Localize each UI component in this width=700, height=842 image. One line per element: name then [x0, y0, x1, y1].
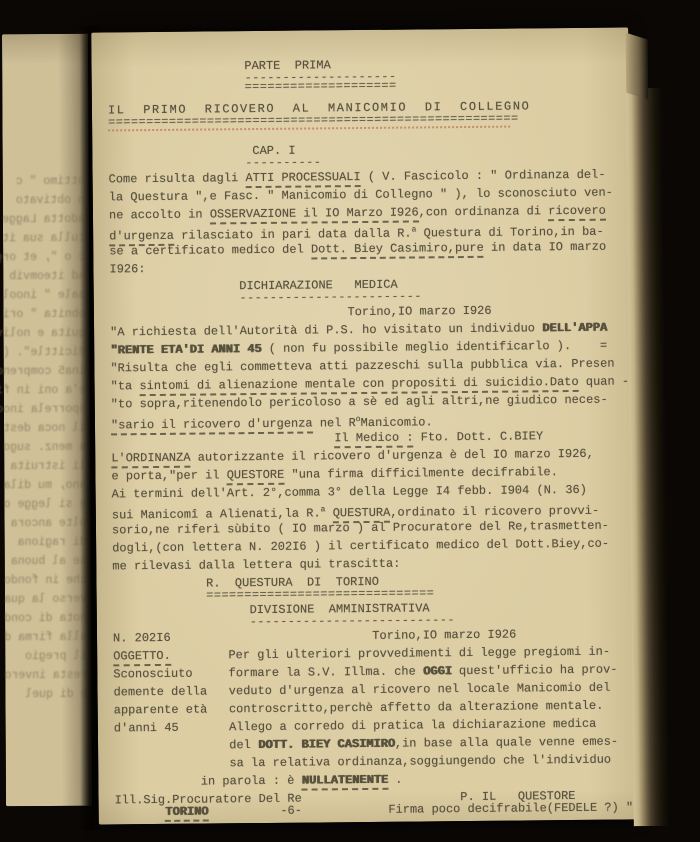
text-segment: ( non fu possibile meglio identificarlo … [261, 339, 607, 356]
text-segment: quest'ufficio ha prov- [452, 663, 618, 679]
verso-text-fragment: e di quel [5, 685, 87, 704]
verso-text-fragment: a menz. sugo [4, 438, 86, 457]
verso-text-fragment: ad iteomvib [3, 267, 85, 286]
verso-text-fragment: obnita " ori [3, 305, 85, 324]
verso-text-fragment: ottimo " c [3, 172, 85, 191]
text-segment: ---------- [245, 155, 321, 170]
verso-text-fragment: dicittle". ( X [4, 343, 86, 362]
text-segment: ------------------------ [239, 289, 422, 305]
text-segment: dogli,(con lettera N. 202I6 ) il certifi… [112, 537, 609, 556]
page-fore-edge [626, 88, 670, 826]
left-page-verso: ottimo " cn obtivatoadotta Laggetulla su… [2, 34, 92, 806]
text-segment [302, 803, 389, 818]
verso-text-fragment: alla firma d [5, 628, 87, 647]
verso-text-fragment: c o ", et orge [3, 248, 85, 267]
text-segment: . [388, 773, 403, 787]
text-segment: L'ORDINANZA [111, 451, 190, 469]
verso-text-fragment: oporrela inoo [4, 400, 86, 419]
text-segment: ricovero [548, 204, 606, 222]
dateline: Torino,IO marzo I926 [347, 304, 491, 319]
verso-text-fragment: tulla sua it [3, 229, 85, 248]
book-scan-scene: ottimo " cn obtivatoadotta Laggetulla su… [0, 0, 700, 842]
text-segment: ( V. Fascicolo : " Ordinanza del- [361, 168, 606, 184]
verso-text-fragment: di ragiona [5, 533, 87, 552]
text-segment [171, 629, 373, 645]
text-segment: e porta,"per il [111, 468, 226, 483]
page-number: -6- [280, 804, 302, 818]
verso-text-fragment: n obtivato [3, 191, 85, 210]
verso-text-fragment: verso la qua [5, 590, 87, 609]
text-segment: in parola : è [201, 774, 302, 789]
verso-text-fragment: resta invero [5, 666, 87, 685]
text-segment: DELL'APPA [542, 321, 607, 336]
dateline: Torino,IO marzo I926 [372, 628, 516, 643]
text-segment [325, 506, 332, 520]
text-segment: Sconosciuto formare la S.V. Illma. che [113, 664, 423, 681]
verso-text-fragment: e'a oni in fio [4, 381, 86, 400]
verso-text-fragment: che in fondo [5, 571, 87, 590]
document-line: TORINO -6- Firma poco decifrabile(FEDELE… [115, 798, 632, 821]
verso-text-fragment: aale " inool [3, 286, 85, 305]
text-segment: sa la relativa ordinanza,soggiungendo ch… [229, 753, 611, 771]
text-segment: I926: [109, 262, 145, 276]
verso-text-fragment: olte ancora [4, 514, 86, 533]
text-segment: OGGI [423, 664, 452, 678]
verso-showthrough-text: ottimo " cn obtivatoadotta Laggetulla su… [3, 172, 88, 704]
text-segment: TORINO [165, 805, 208, 822]
text-segment: "A richiesta dell'Autorità di P.S. ho vi… [110, 321, 542, 339]
text-segment: in data IO marzo [484, 240, 607, 255]
verso-text-fragment: li istruita [4, 457, 86, 476]
text-segment: "RENTE ETA'DI ANNI 45 [110, 342, 261, 357]
text-segment: "ta [111, 379, 140, 393]
verso-text-fragment: se al buona [5, 552, 87, 571]
verso-text-fragment: e si legge o [4, 495, 86, 514]
text-segment: ============================== [206, 586, 434, 602]
verso-text-fragment: ina5 comprende [4, 362, 86, 381]
text-segment: Come risulta dagli [109, 171, 246, 186]
text-segment: ,con ordinanza di [419, 204, 549, 219]
book-photo-background: { "theme": { "background": "#0a0705", "p… [0, 0, 700, 842]
text-segment: "sario il ricovero d'urgenza [111, 416, 313, 435]
text-segment: ,in base alla quale venne emes- [395, 735, 618, 751]
text-segment: ne accolto in [109, 207, 210, 222]
text-segment: del [229, 738, 258, 752]
text-segment: quan - [579, 374, 630, 388]
verso-text-fragment: adotta Lagge [3, 210, 85, 229]
text-segment: "una firma difficilmente decifrabile. [284, 465, 558, 482]
verso-text-fragment: nota di cond [5, 609, 87, 628]
protocol-number: N. 202I6 [113, 631, 171, 646]
verso-text-fragment: il noca dest [4, 419, 86, 438]
doctor-signature: Fto. Dott. C.BIEY [413, 429, 543, 444]
text-segment: "to sopra,ritenendolo pericoloso a sè ed… [111, 393, 608, 412]
text-segment: DOTT. BIEY CASIMIRO [258, 737, 395, 752]
text-segment: se a certificato medico del [109, 242, 311, 258]
text-segment: autorizzante il ricovero d'urgenza è del… [190, 447, 593, 465]
typed-rule-line: ========================================… [108, 114, 625, 128]
text-segment: Per gli ulteriori provvedimenti di legge… [171, 645, 610, 663]
verso-text-fragment: ano, mu dila [4, 476, 86, 495]
text-segment: Il Medico : [334, 431, 413, 449]
right-page: PARTE PRIMA--------------------=========… [91, 27, 636, 824]
text-segment: me rilevasi dalla lettera qui trascitta: [112, 557, 400, 574]
typewritten-page: PARTE PRIMA--------------------=========… [107, 53, 631, 824]
verso-text-fragment: quita e noliv [3, 324, 85, 343]
text-segment: OGGETTO. [113, 649, 171, 667]
text-segment: Dott. Biey Casimiro,pure [311, 241, 484, 260]
text-segment [208, 804, 280, 819]
text-segment: QUESTORE [227, 468, 285, 486]
verso-text-fragment: il pregio [5, 647, 87, 666]
text-segment: ==================== [244, 79, 396, 94]
signature-note: Firma poco decifrabile(FEDELE ?) " [388, 800, 633, 816]
text-segment: --------------------------- [250, 613, 455, 629]
